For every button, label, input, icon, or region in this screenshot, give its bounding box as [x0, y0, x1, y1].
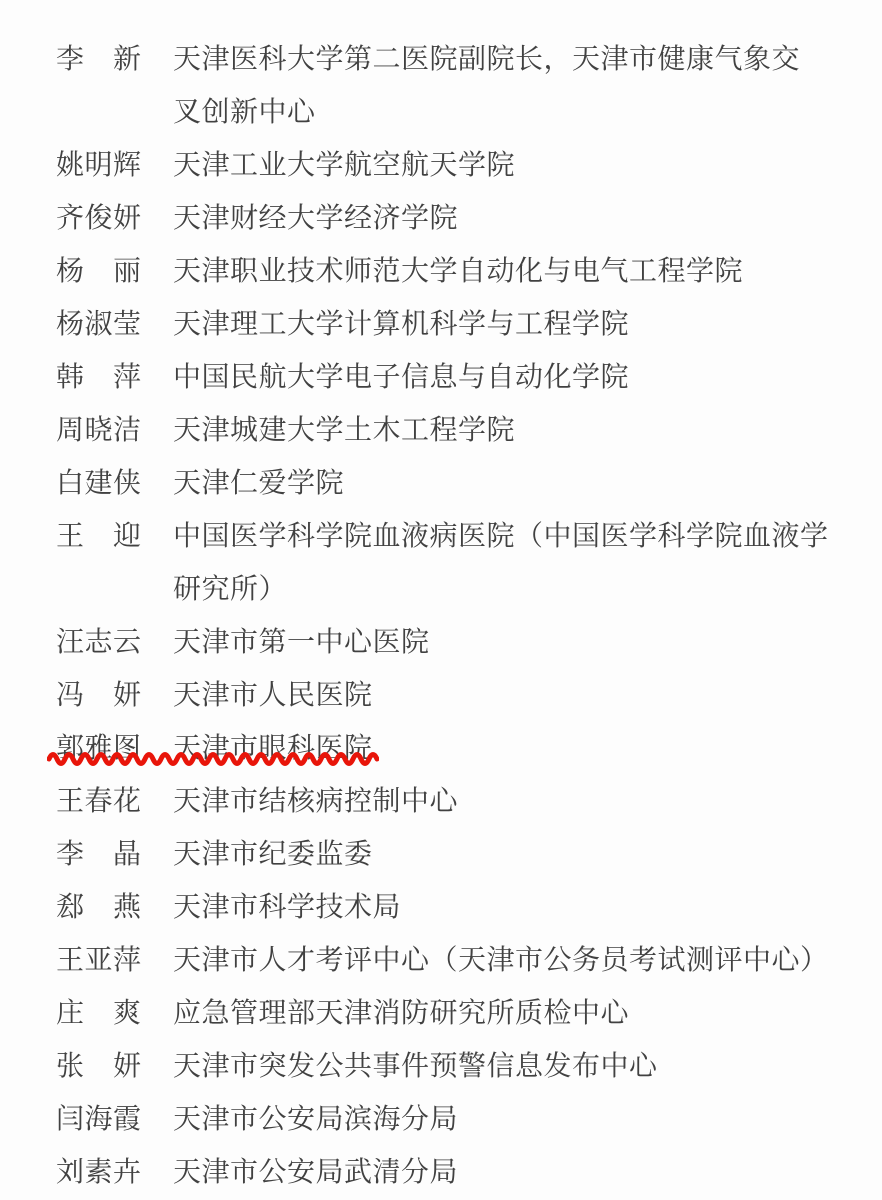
- affiliation: 天津市眼科医院: [173, 722, 373, 775]
- list-item: 姚明辉 天津工业大学航空航天学院: [56, 139, 882, 192]
- affiliation: 应急管理部天津消防研究所质检中心: [173, 987, 629, 1040]
- affiliation: 天津市第一中心医院: [173, 616, 430, 669]
- affiliation-line: 天津市突发公共事件预警信息发布中心: [173, 1040, 658, 1093]
- person-name: 杨淑莹: [56, 298, 140, 351]
- person-name: 闫海霞: [56, 1093, 140, 1146]
- affiliation-line: 中国民航大学电子信息与自动化学院: [173, 351, 629, 404]
- affiliation-line: 天津城建大学土木工程学院: [173, 404, 515, 457]
- affiliation-line: 天津市公安局武清分局: [173, 1146, 458, 1199]
- person-name: 姚明辉: [56, 139, 140, 192]
- affiliation-line: 研究所）: [173, 563, 829, 616]
- person-name: 王亚萍: [56, 934, 140, 987]
- affiliation: 天津城建大学土木工程学院: [173, 404, 515, 457]
- person-name: 郭雅图: [56, 722, 140, 775]
- affiliation-line: 天津市科学技术局: [173, 881, 401, 934]
- person-name: 刘素卉: [56, 1146, 140, 1199]
- person-name: 李 晶: [56, 828, 140, 881]
- person-name: 王 迎: [56, 510, 140, 563]
- person-name: 齐俊妍: [56, 192, 140, 245]
- affiliation: 天津市科学技术局: [173, 881, 401, 934]
- list-item: 冯 妍 天津市人民医院: [56, 669, 882, 722]
- list-item: 刘素卉 天津市公安局武清分局: [56, 1146, 882, 1199]
- affiliation-line: 天津医科大学第二医院副院长，天津市健康气象交: [173, 33, 800, 86]
- person-name: 汪志云: [56, 616, 140, 669]
- list-item: 张 妍 天津市突发公共事件预警信息发布中心: [56, 1040, 882, 1093]
- affiliation-line: 天津市眼科医院: [173, 722, 373, 775]
- affiliation: 天津工业大学航空航天学院: [173, 139, 515, 192]
- affiliation: 天津理工大学计算机科学与工程学院: [173, 298, 629, 351]
- list-item: 汪志云 天津市第一中心医院: [56, 616, 882, 669]
- affiliation-line: 天津工业大学航空航天学院: [173, 139, 515, 192]
- person-name: 张 妍: [56, 1040, 140, 1093]
- list-item: 韩 萍 中国民航大学电子信息与自动化学院: [56, 351, 882, 404]
- recipient-list: 李 新 天津医科大学第二医院副院长，天津市健康气象交叉创新中心 姚明辉 天津工业…: [56, 33, 882, 1199]
- list-item: 庄 爽 应急管理部天津消防研究所质检中心: [56, 987, 882, 1040]
- list-item: 李 新 天津医科大学第二医院副院长，天津市健康气象交叉创新中心: [56, 33, 882, 139]
- affiliation-line: 应急管理部天津消防研究所质检中心: [173, 987, 629, 1040]
- person-name: 冯 妍: [56, 669, 140, 722]
- person-name: 白建侠: [56, 457, 140, 510]
- affiliation: 天津市公安局滨海分局: [173, 1093, 458, 1146]
- affiliation-line: 天津职业技术师范大学自动化与电气工程学院: [173, 245, 743, 298]
- affiliation: 天津仁爱学院: [173, 457, 344, 510]
- list-item: 杨 丽 天津职业技术师范大学自动化与电气工程学院: [56, 245, 882, 298]
- list-item: 杨淑莹 天津理工大学计算机科学与工程学院: [56, 298, 882, 351]
- list-item: 白建侠 天津仁爱学院: [56, 457, 882, 510]
- affiliation-line: 叉创新中心: [173, 86, 800, 139]
- affiliation-line: 天津市纪委监委: [173, 828, 373, 881]
- person-name: 周晓洁: [56, 404, 140, 457]
- list-item: 齐俊妍 天津财经大学经济学院: [56, 192, 882, 245]
- person-name: 韩 萍: [56, 351, 140, 404]
- affiliation: 中国民航大学电子信息与自动化学院: [173, 351, 629, 404]
- person-name: 王春花: [56, 775, 140, 828]
- affiliation-line: 天津市结核病控制中心: [173, 775, 458, 828]
- list-item: 周晓洁 天津城建大学土木工程学院: [56, 404, 882, 457]
- affiliation: 天津市人才考评中心（天津市公务员考试测评中心）: [173, 934, 829, 987]
- affiliation-line: 天津市公安局滨海分局: [173, 1093, 458, 1146]
- person-name: 杨 丽: [56, 245, 140, 298]
- person-name: 李 新: [56, 33, 140, 86]
- list-item: 郄 燕 天津市科学技术局: [56, 881, 882, 934]
- affiliation: 天津职业技术师范大学自动化与电气工程学院: [173, 245, 743, 298]
- person-name: 庄 爽: [56, 987, 140, 1040]
- affiliation-line: 天津仁爱学院: [173, 457, 344, 510]
- affiliation: 天津财经大学经济学院: [173, 192, 458, 245]
- affiliation-line: 天津理工大学计算机科学与工程学院: [173, 298, 629, 351]
- affiliation: 中国医学科学院血液病医院（中国医学科学院血液学研究所）: [173, 510, 829, 616]
- list-item: 王春花 天津市结核病控制中心: [56, 775, 882, 828]
- list-item: 李 晶 天津市纪委监委: [56, 828, 882, 881]
- list-item: 郭雅图 天津市眼科医院: [56, 722, 882, 775]
- affiliation-line: 天津市第一中心医院: [173, 616, 430, 669]
- affiliation: 天津市突发公共事件预警信息发布中心: [173, 1040, 658, 1093]
- list-item: 王亚萍 天津市人才考评中心（天津市公务员考试测评中心）: [56, 934, 882, 987]
- list-item: 闫海霞 天津市公安局滨海分局: [56, 1093, 882, 1146]
- affiliation: 天津市公安局武清分局: [173, 1146, 458, 1199]
- affiliation: 天津医科大学第二医院副院长，天津市健康气象交叉创新中心: [173, 33, 800, 139]
- affiliation-line: 天津市人民医院: [173, 669, 373, 722]
- document-page: 李 新 天津医科大学第二医院副院长，天津市健康气象交叉创新中心 姚明辉 天津工业…: [0, 0, 882, 1200]
- affiliation-line: 天津财经大学经济学院: [173, 192, 458, 245]
- affiliation: 天津市人民医院: [173, 669, 373, 722]
- person-name: 郄 燕: [56, 881, 140, 934]
- affiliation-line: 天津市人才考评中心（天津市公务员考试测评中心）: [173, 934, 829, 987]
- list-item: 王 迎 中国医学科学院血液病医院（中国医学科学院血液学研究所）: [56, 510, 882, 616]
- affiliation: 天津市结核病控制中心: [173, 775, 458, 828]
- affiliation: 天津市纪委监委: [173, 828, 373, 881]
- affiliation-line: 中国医学科学院血液病医院（中国医学科学院血液学: [173, 510, 829, 563]
